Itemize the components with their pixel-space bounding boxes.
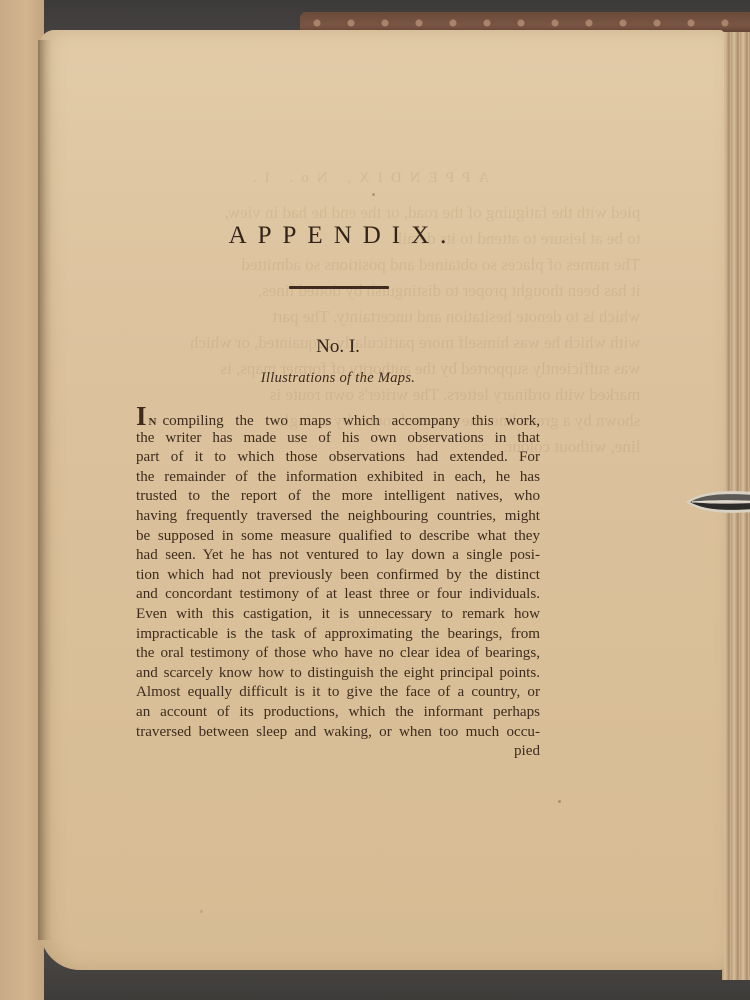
body-line-text: compiling the two maps which accompany t… bbox=[162, 413, 540, 429]
body-line: be supposed in some measure qualified to… bbox=[136, 527, 540, 547]
catchword: pied bbox=[136, 742, 540, 762]
page-clip-bookmark-icon bbox=[684, 489, 750, 515]
body-line: part of it to which those observations h… bbox=[136, 448, 540, 468]
body-line: and concordant testimony of at least thr… bbox=[136, 585, 540, 605]
body-line: the remainder of the information exhibit… bbox=[136, 468, 540, 488]
gutter-shadow bbox=[38, 40, 52, 940]
paper-speck bbox=[558, 800, 561, 803]
body-line: impracticable is the task of approximati… bbox=[136, 625, 540, 645]
drop-cap: I bbox=[136, 401, 147, 431]
body-line: had seen. Yet he has not ventured to lay… bbox=[136, 546, 540, 566]
body-line: the oral testimony of those who have no … bbox=[136, 644, 540, 664]
page-content: APPENDIX. No. I. Illustrations of the Ma… bbox=[136, 222, 540, 762]
body-line: traversed between sleep and waking, or w… bbox=[136, 723, 540, 743]
title-rule-divider bbox=[289, 286, 389, 289]
drop-cap-continuation: N bbox=[149, 416, 157, 428]
body-line: having frequently traversed the neighbou… bbox=[136, 507, 540, 527]
body-paragraph: INcompiling the two maps which accompany… bbox=[136, 409, 540, 762]
body-line-first: INcompiling the two maps which accompany… bbox=[136, 409, 540, 429]
paper-speck bbox=[372, 193, 375, 196]
paper-speck bbox=[200, 910, 203, 913]
cover-tooling-ornament bbox=[310, 18, 750, 28]
body-line: trusted to the report of the more intell… bbox=[136, 487, 540, 507]
page-title: APPENDIX. bbox=[146, 222, 540, 250]
body-line: tion which had not previously been confi… bbox=[136, 566, 540, 586]
body-line: and scarcely know how to distinguish the… bbox=[136, 664, 540, 684]
section-number: No. I. bbox=[136, 336, 540, 358]
body-line: Almost equally difficult is it to give t… bbox=[136, 683, 540, 703]
section-subtitle: Illustrations of the Maps. bbox=[136, 370, 540, 387]
body-line: Even with this castigation, it is unnece… bbox=[136, 605, 540, 625]
body-line: the writer has made use of his own obser… bbox=[136, 429, 540, 449]
body-line: an account of its productions, which the… bbox=[136, 703, 540, 723]
